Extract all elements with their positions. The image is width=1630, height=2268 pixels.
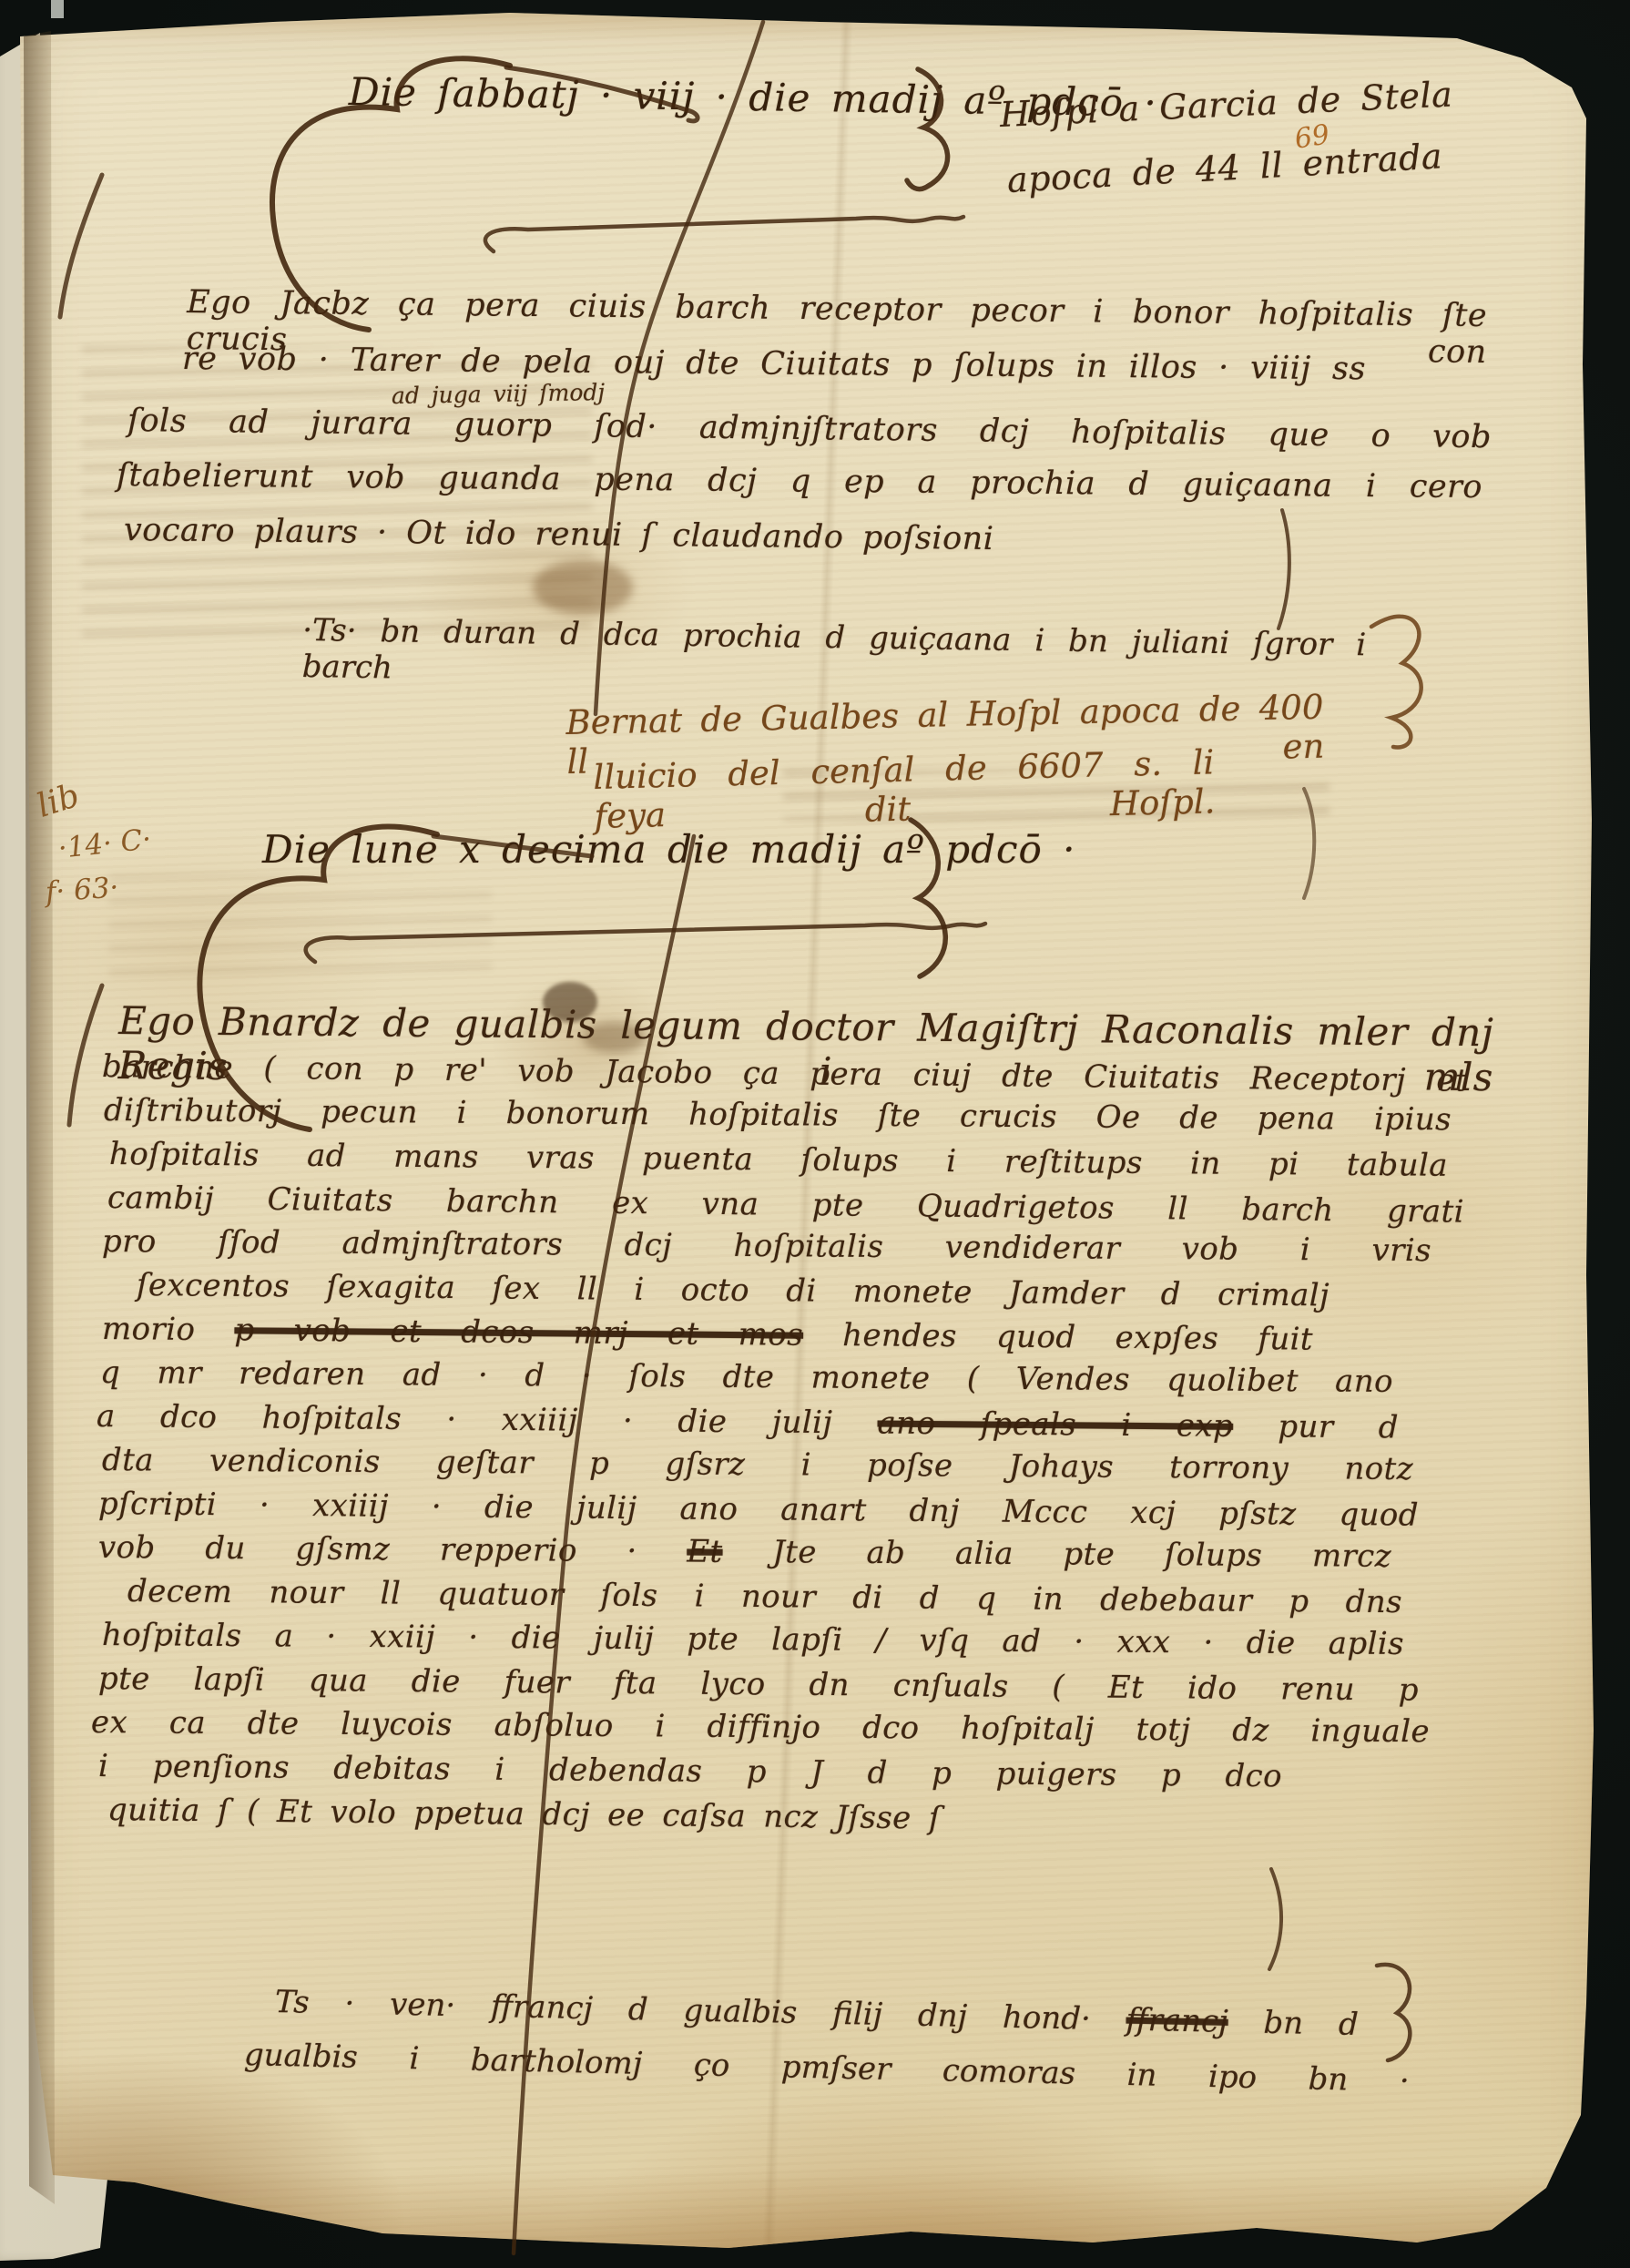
margin-archival-note-line: f· 63· <box>45 871 120 909</box>
line-text: Jte ab alia pte ſolups mrcz <box>722 1534 1391 1575</box>
line-text: morio <box>102 1311 235 1348</box>
entry1-later-note-line: lluicio del cenſal de 6607 s. li feya di… <box>593 742 1216 836</box>
line-text: hendes quod expſes fuit <box>803 1317 1313 1358</box>
entry1-interline-insertion: ad juga viij ſmodj <box>392 379 606 409</box>
photograph-background: Die ſabbatj · viij · die madij aº pdcō ·… <box>0 0 1630 2268</box>
struck-text: ano ſpeals i exp <box>877 1405 1233 1444</box>
later-note-text: lluicio del cenſal de 6607 s. li feya di… <box>593 742 1216 836</box>
struck-text: ffrancj <box>1126 2002 1228 2040</box>
entry1-heading: Die ſabbatj · viij · die madij aº pdcō · <box>349 69 916 122</box>
folio-number-text: 69 <box>1292 118 1331 156</box>
entry2-heading: Die lune x decima die madij aº pdcō · <box>262 827 900 872</box>
line-text: a dco hoſpitals · xxiiij · die julij <box>97 1398 878 1441</box>
folio-number: 69 <box>1292 118 1331 156</box>
struck-text: Et <box>687 1534 723 1570</box>
entry2-heading-text: Die lune x decima die madij aº pdcō · <box>262 827 1076 872</box>
margin-note-text: f· 63· <box>45 871 120 909</box>
struck-text: p vob et dcos mrj et mos <box>234 1312 803 1353</box>
interline-text: ad juga viij ſmodj <box>392 379 606 409</box>
witness-text: bn d <box>1228 2004 1359 2043</box>
binding-sliver <box>51 0 64 18</box>
entry1-witness-line: ·Ts· bn duran d dca prochia d guiçaana i… <box>301 612 1366 700</box>
line-text: pur d <box>1233 1408 1399 1446</box>
line-text: vob du gſsmz repperio · <box>98 1529 688 1570</box>
